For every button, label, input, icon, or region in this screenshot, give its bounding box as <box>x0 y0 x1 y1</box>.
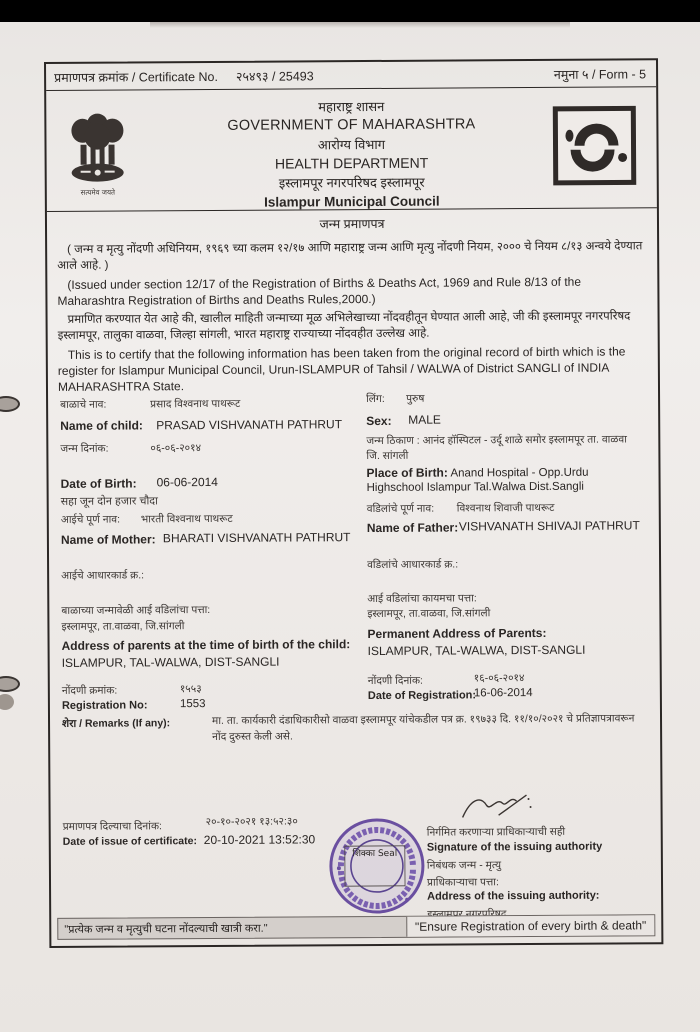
national-emblem-icon: सत्यमेव जयते <box>66 106 129 198</box>
permanent-address-mr: इस्लामपूर, ता.वाळवा, जि.सांगली <box>367 606 490 621</box>
authority-address-mr-label: प्राधिकाऱ्याचा पत्ता: <box>427 875 499 889</box>
details-section: बाळाचे नाव: प्रसाद विश्वनाथ पाथरूट Name … <box>48 394 658 398</box>
mother-name-mr: भारती विश्वनाथ पाथरूट <box>141 512 233 527</box>
father-name-mr-label: वडिलांचे पूर्ण नाव: <box>367 502 434 516</box>
permanent-address-mr-label: आई वडिलांचा कायमचा पत्ता: <box>367 591 477 606</box>
council-title: Islampur Municipal Council <box>47 190 657 213</box>
address-at-birth-label: Address of parents at the time of birth … <box>62 637 351 653</box>
sex-mr: पुरुष <box>406 392 424 406</box>
child-name: PRASAD VISHVANATH PATHRUT <box>156 417 342 432</box>
top-black-band <box>0 0 700 22</box>
child-name-label: Name of child: <box>60 418 143 433</box>
place-of-birth-label: Place of Birth: <box>366 466 447 480</box>
issue-date-label: Date of issue of certificate: <box>63 835 197 848</box>
signature-label-mr: निर्गमित करणाऱ्या प्राधिकाऱ्याची सही <box>427 825 565 840</box>
address-at-birth-mr-label: बाळाच्या जन्मावेळी आई वडिलांचा पत्ता: <box>61 603 210 618</box>
mother-name-label: Name of Mother: <box>61 532 156 547</box>
registration-date-mr-label: नोंदणी दिनांक: <box>368 674 423 688</box>
registration-date-mr: १६-०६-२०१४ <box>474 671 525 685</box>
place-of-birth-block: Place of Birth: Anand Hospital - Opp.Urd… <box>366 464 646 495</box>
mother-aadhaar-label: आईचे आधारकार्ड क्र.: <box>61 568 144 583</box>
remarks-label: शेरा / Remarks (If any): <box>62 716 170 731</box>
child-name-mr: प्रसाद विश्वनाथ पाथरूट <box>150 397 240 412</box>
certificate-body: जन्म प्रमाणपत्र ( जन्म व मृत्यु नोंदणी अ… <box>47 208 658 395</box>
form-number: नमुना ५ / Form - 5 <box>554 65 646 83</box>
registration-number: 1553 <box>180 698 206 710</box>
signature-icon <box>456 789 536 823</box>
address-at-birth: ISLAMPUR, TAL-WALWA, DIST-SANGLI <box>62 655 280 670</box>
slogan: "Ensure Registration of every birth & de… <box>406 915 654 937</box>
signature-label: Signature of the issuing authority <box>427 841 602 854</box>
dob-label: Date of Birth: <box>61 476 137 490</box>
address-at-birth-mr: इस्लामपूर, ता.वाळवा, जि.सांगली <box>61 619 184 634</box>
sex-label: Sex: <box>366 414 391 428</box>
official-seal-stamp-icon: शिक्का Seal <box>327 816 428 917</box>
certify-statement: This is to certify that the following in… <box>58 343 648 395</box>
mother-name-mr-label: आईचे पूर्ण नाव: <box>61 513 120 527</box>
father-aadhaar-label: वडिलांचे आधारकार्ड क्र.: <box>367 557 458 572</box>
father-name: VISHVANATH SHIVAJI PATHRUT <box>459 518 640 533</box>
page-fold-shadow <box>150 22 570 28</box>
issued-under: (Issued under section 12/17 of the Regis… <box>57 273 647 309</box>
father-name-mr: विश्वनाथ शिवाजी पाथरूट <box>457 501 555 516</box>
authority-address-label: Address of the issuing authority: <box>427 890 599 903</box>
certificate-title-mr: जन्म प्रमाणपत्र <box>57 214 647 234</box>
permanent-address: ISLAMPUR, TAL-WALWA, DIST-SANGLI <box>368 643 586 658</box>
permanent-address-label: Permanent Address of Parents: <box>367 626 546 641</box>
svg-text:शिक्का Seal: शिक्का Seal <box>352 847 397 859</box>
issue-date-mr: २०-१०-२०२१ १३:५२:३० <box>206 814 298 829</box>
sex-mr-label: लिंग: <box>366 392 385 406</box>
slogan-mr: "प्रत्येक जन्म व मृत्युची घटना नोंदल्याच… <box>58 919 406 936</box>
place-of-birth-mr: जन्म ठिकाण : आनंद हॉस्पिटल - उर्दू शाळे … <box>366 432 636 464</box>
footer-slogan-strip: "प्रत्येक जन्म व मृत्युची घटना नोंदल्याच… <box>57 914 655 940</box>
father-name-label: Name of Father: <box>367 520 458 535</box>
dob: 06-06-2014 <box>157 475 218 489</box>
issue-date-mr-label: प्रमाणपत्र दिल्याचा दिनांक: <box>63 819 162 834</box>
issued-under-mr: ( जन्म व मृत्यु नोंदणी अधिनियम, १९६९ च्य… <box>57 238 647 274</box>
dob-mr: ०६-०६-२०१४ <box>150 441 201 455</box>
certify-statement-mr: प्रमाणित करण्यात येत आहे की, खालील माहित… <box>58 308 648 344</box>
svg-text:सत्यमेव जयते: सत्यमेव जयते <box>81 188 116 197</box>
dob-words-mr: सहा जून दोन हजार चौदा <box>61 493 158 509</box>
issue-date: 20-10-2021 13:52:30 <box>204 832 316 847</box>
registration-date-label: Date of Registration: <box>368 689 476 702</box>
dob-mr-label: जन्म दिनांक: <box>60 442 108 456</box>
sex: MALE <box>408 413 441 427</box>
registration-number-mr: १५५३ <box>180 682 202 696</box>
remarks: मा. ता. कार्यकारी दंडाधिकारीसो वाळवा इस्… <box>212 710 642 745</box>
certificate-number-row: प्रमाणपत्र क्रमांक / Certificate No. २५४… <box>46 60 656 91</box>
registration-date: 16-06-2014 <box>474 687 533 699</box>
birth-certificate: प्रमाणपत्र क्रमांक / Certificate No. २५४… <box>44 58 663 948</box>
child-name-mr-label: बाळाचे नाव: <box>60 398 106 412</box>
registration-number-label: Registration No: <box>62 699 148 712</box>
certificate-number: २५४९३ / 25493 <box>236 67 314 84</box>
registration-number-mr-label: नोंदणी क्रमांक: <box>62 684 117 698</box>
certificate-number-label: प्रमाणपत्र क्रमांक / Certificate No. <box>54 67 218 85</box>
mother-name: BHARATI VISHVANATH PATHRUT <box>163 530 351 545</box>
certificate-header: सत्यमेव जयते महाराष्ट्र शासन GOVERNMENT … <box>46 87 657 212</box>
registrar-title-mr: निबंधक जन्म - मृत्यु <box>427 858 501 872</box>
health-department-logo-icon <box>552 105 636 186</box>
